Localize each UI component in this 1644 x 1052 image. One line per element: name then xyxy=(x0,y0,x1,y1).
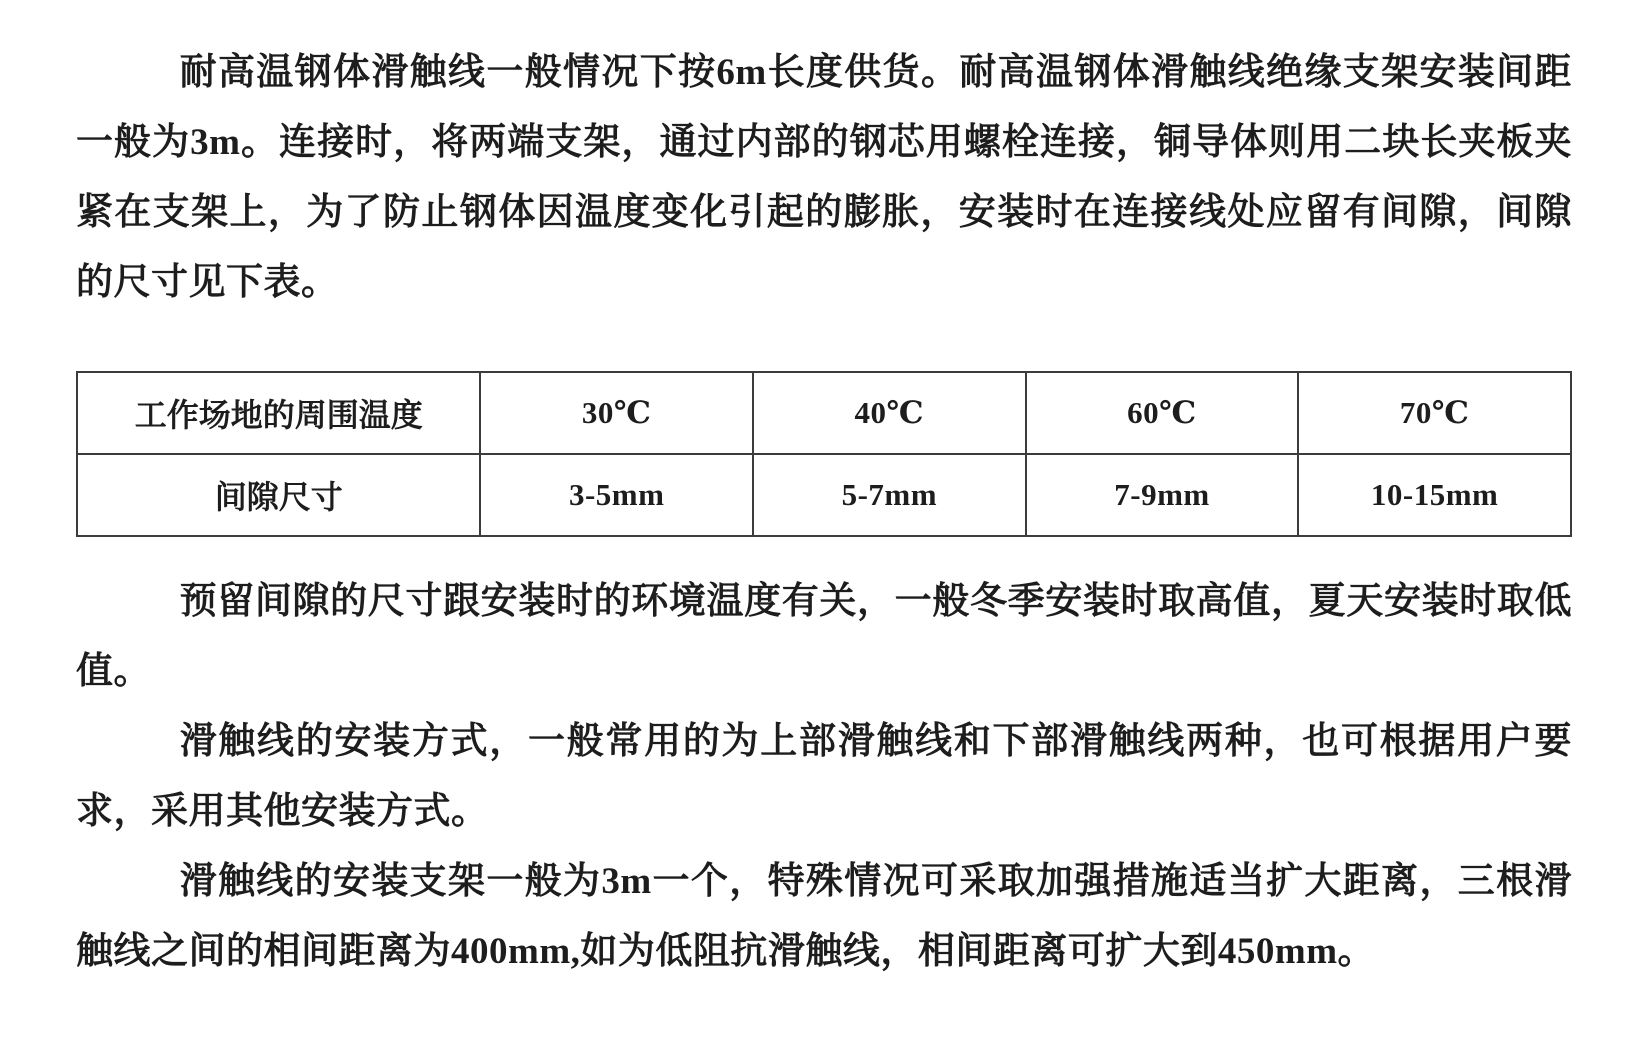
table-cell-temp-60: 60℃ xyxy=(1026,372,1299,454)
table-cell-temperature-label: 工作场地的周围温度 xyxy=(77,372,480,454)
paragraph-supply-and-connection: 耐高温钢体滑触线一般情况下按6m长度供货。耐高温钢体滑触线绝缘支架安装间距一般为… xyxy=(76,38,1572,318)
gap-size-table: 工作场地的周围温度 30℃ 40℃ 60℃ 70℃ 间隙尺寸 3-5mm 5-7… xyxy=(76,371,1572,537)
document-page: 耐高温钢体滑触线一般情况下按6m长度供货。耐高温钢体滑触线绝缘支架安装间距一般为… xyxy=(0,0,1644,1052)
paragraph-reserved-gap: 预留间隙的尺寸跟安装时的环境温度有关，一般冬季安装时取高值，夏天安装时取低值。 xyxy=(76,567,1572,707)
table-row-gap-size: 间隙尺寸 3-5mm 5-7mm 7-9mm 10-15mm xyxy=(77,454,1571,536)
table-cell-temp-70: 70℃ xyxy=(1298,372,1571,454)
table-cell-temp-30: 30℃ xyxy=(480,372,753,454)
table-cell-temp-40: 40℃ xyxy=(753,372,1026,454)
paragraph-bracket-spacing: 滑触线的安装支架一般为3m一个，特殊情况可采取加强措施适当扩大距离，三根滑触线之… xyxy=(76,847,1572,987)
table-cell-gap-60: 7-9mm xyxy=(1026,454,1299,536)
table-row-temperature: 工作场地的周围温度 30℃ 40℃ 60℃ 70℃ xyxy=(77,372,1571,454)
paragraph-installation-method: 滑触线的安装方式，一般常用的为上部滑触线和下部滑触线两种，也可根据用户要求，采用… xyxy=(76,707,1572,847)
table-cell-gap-40: 5-7mm xyxy=(753,454,1026,536)
table-cell-gap-label: 间隙尺寸 xyxy=(77,454,480,536)
table-cell-gap-30: 3-5mm xyxy=(480,454,753,536)
table-cell-gap-70: 10-15mm xyxy=(1298,454,1571,536)
